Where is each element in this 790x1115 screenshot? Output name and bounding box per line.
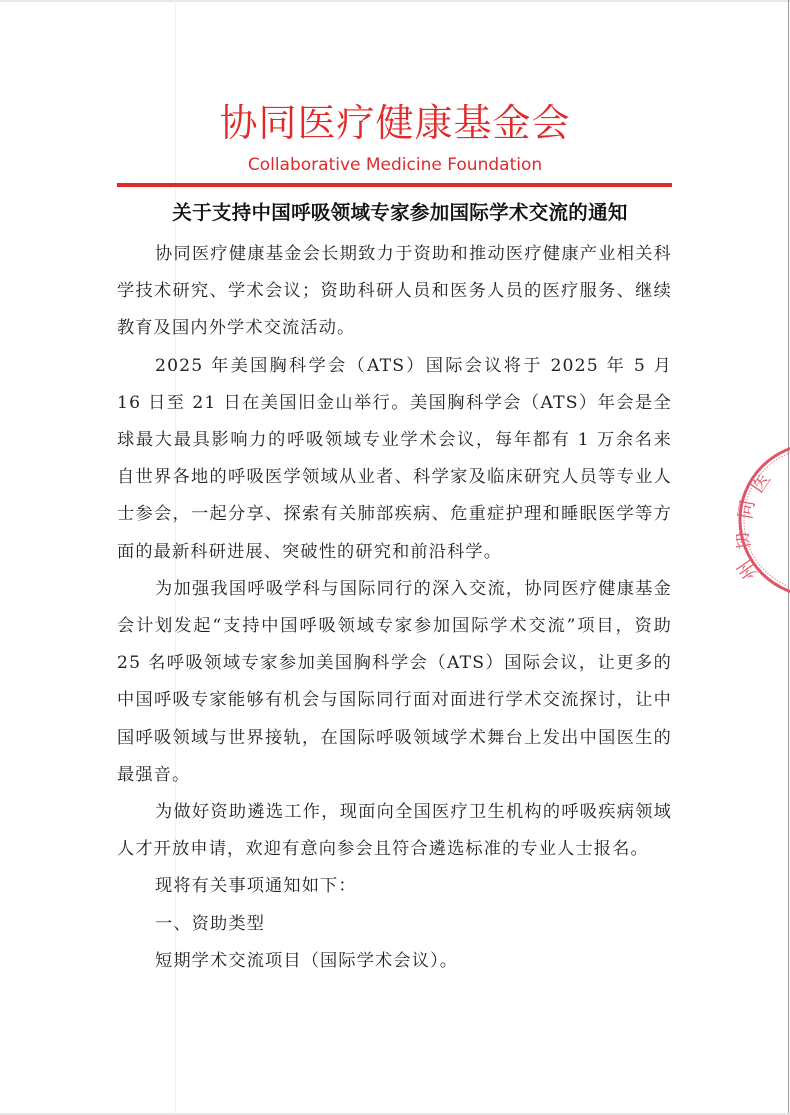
seal-char-2: 同 [736,498,759,521]
letterhead-red-rule [117,183,672,187]
paragraph-foundation-intro: 协同医疗健康基金会长期致力于资助和推动医疗健康产业相关科学技术研究、学术会议；资… [117,236,672,348]
seal-char-1: 医 [746,469,775,497]
paragraph-notice-lead: 现将有关事项通知如下： [117,868,672,905]
section-heading-funding-type: 一、资助类型 [117,906,672,943]
paragraph-funding-type: 短期学术交流项目（国际学术会议）。 [117,943,672,980]
paragraph-program-launch: 为加强我国呼吸学科与国际同行的深入交流，协同医疗健康基金会计划发起“支持中国呼吸… [117,571,672,794]
page-edge-top [0,0,790,2]
seal-char-3: 协 [736,527,755,551]
document-body: 协同医疗健康基金会长期致力于资助和推动医疗健康产业相关科学技术研究、学术会议；资… [117,236,672,980]
seal-char-4: 州 [736,556,762,584]
letterhead-org-name-en: Collaborative Medicine Foundation [0,153,790,177]
document-title: 关于支持中国呼吸领域专家参加国际学术交流的通知 [110,198,690,228]
official-seal-stamp: 医 同 协 州 [736,440,790,600]
paragraph-ats-conference: 2025 年美国胸科学会（ATS）国际会议将于 2025 年 5 月 16 日至… [117,348,672,571]
paragraph-application-call: 为做好资助遴选工作，现面向全国医疗卫生机构的呼吸疾病领域人才开放申请，欢迎有意向… [117,794,672,868]
letterhead-org-name-cn: 协同医疗健康基金会 [0,98,790,148]
